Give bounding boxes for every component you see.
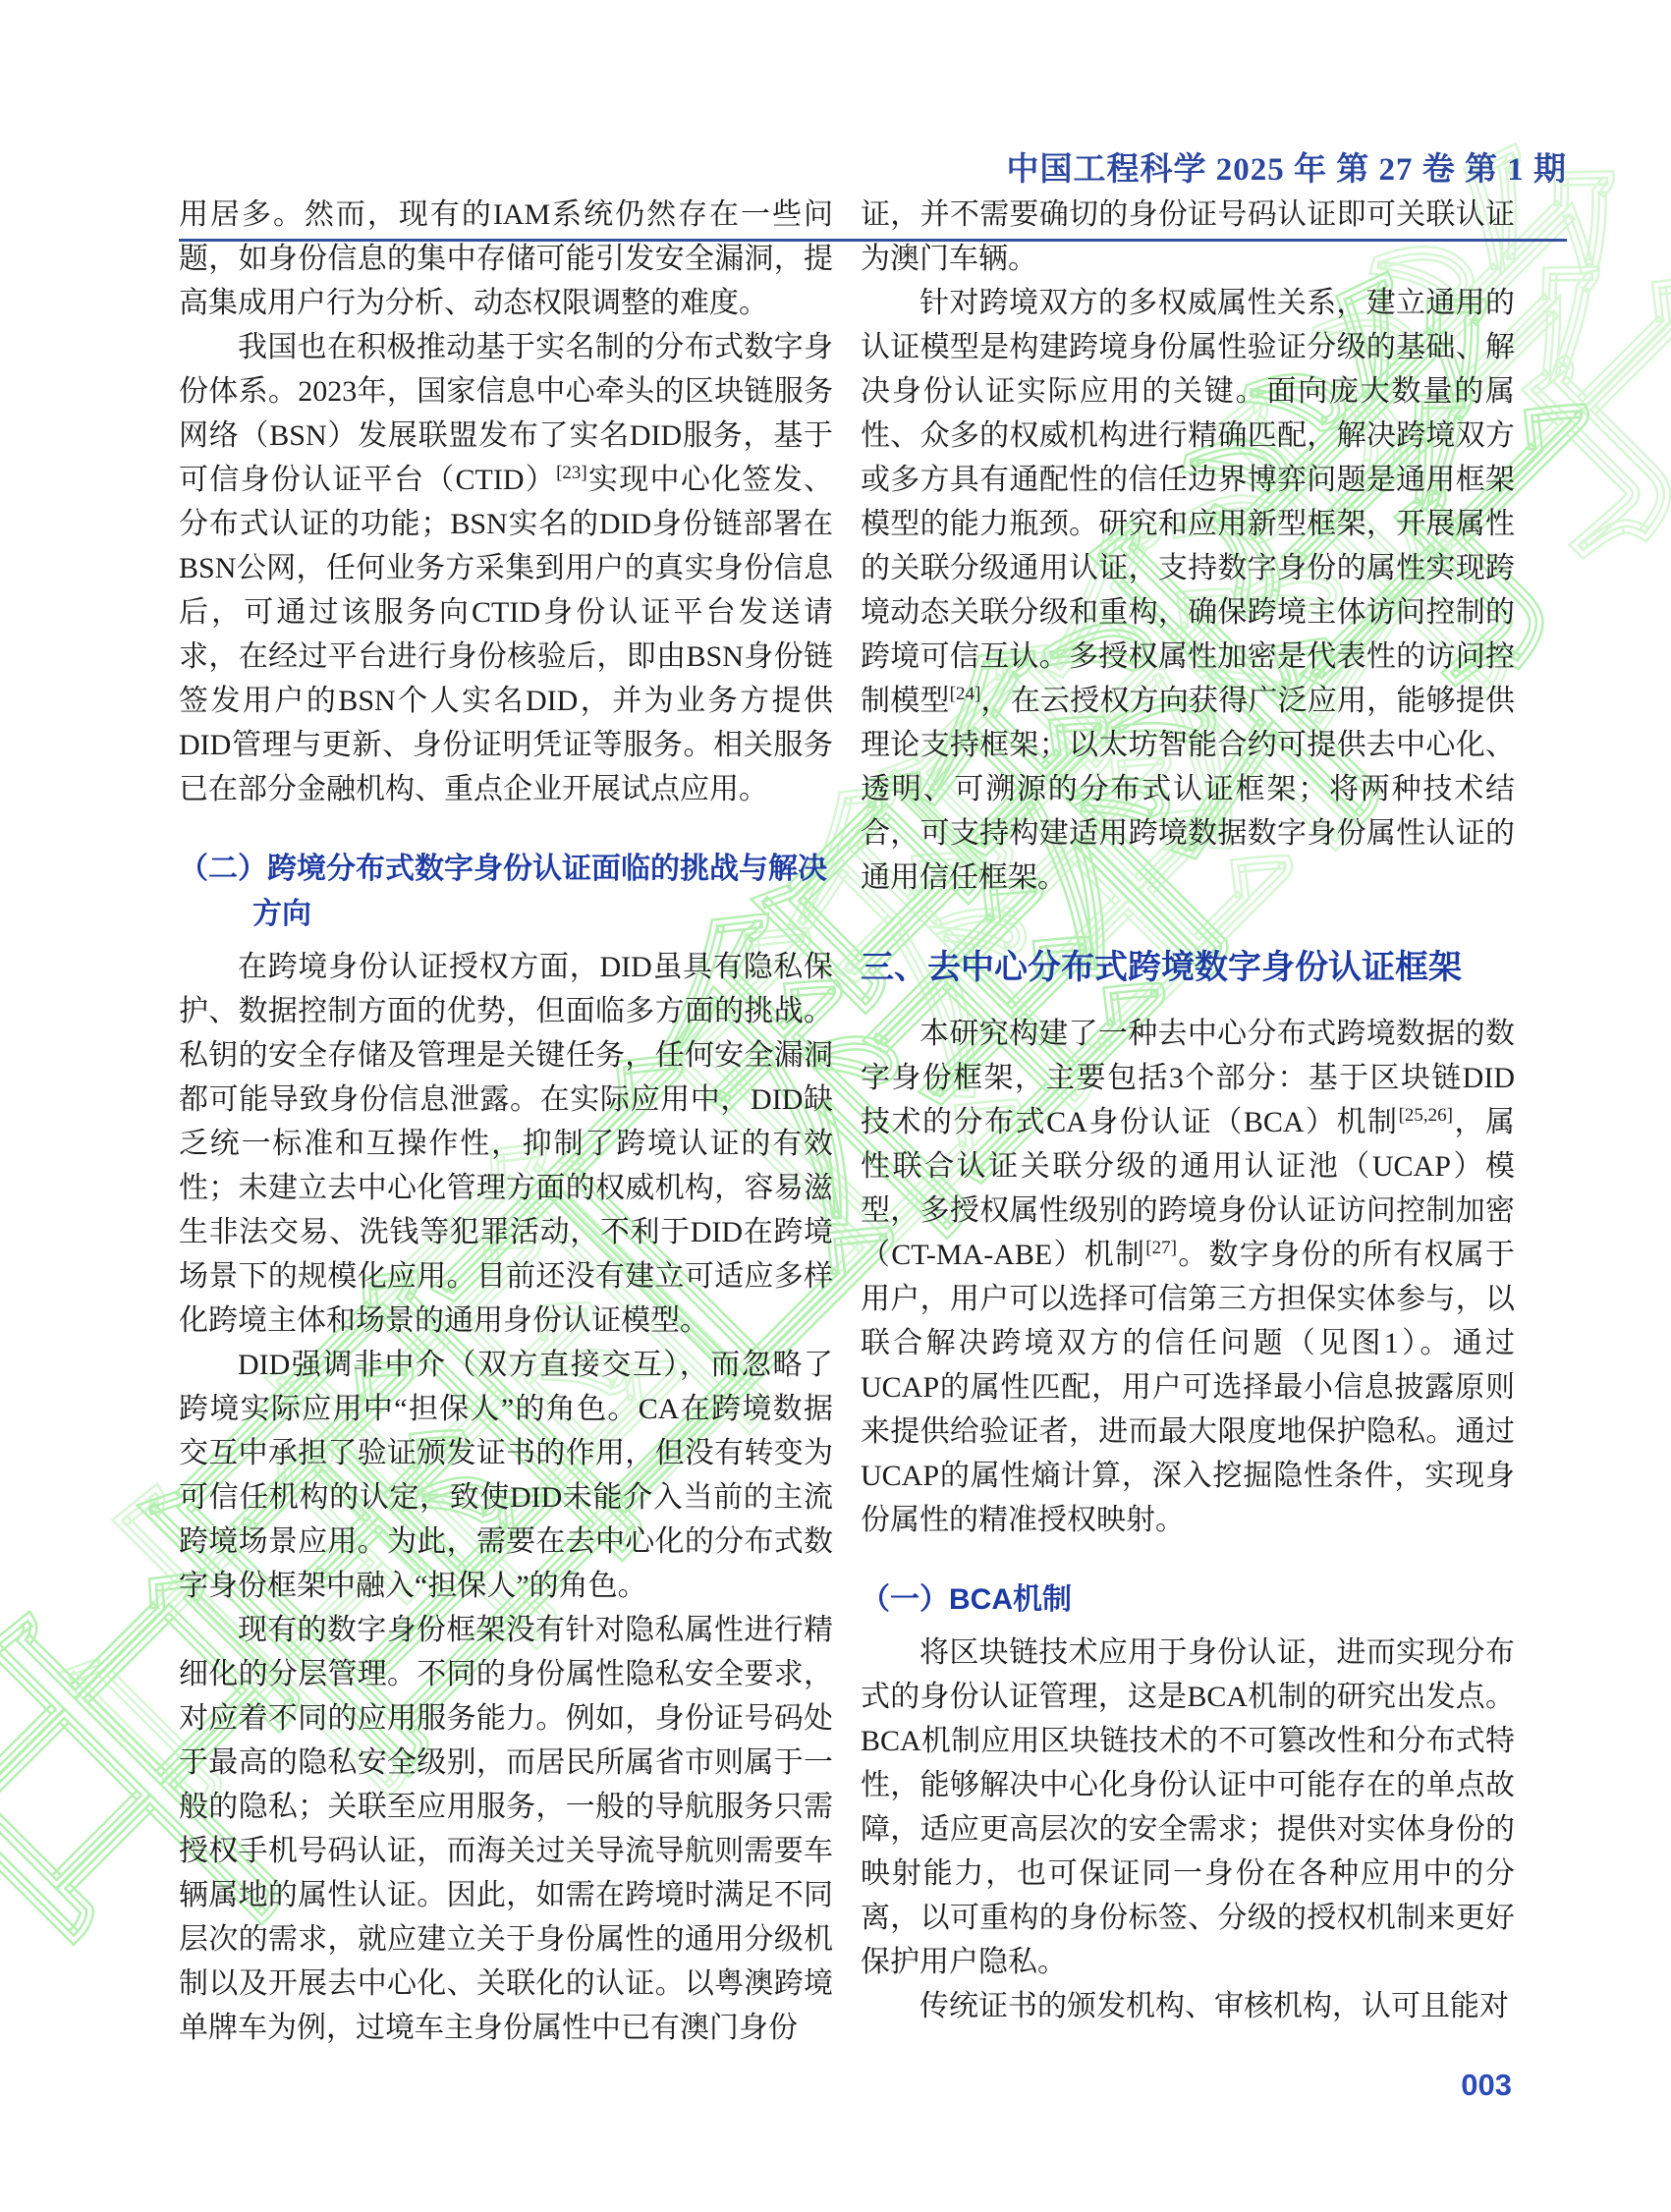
page-number: 003 [1461, 2068, 1512, 2103]
paragraph: 现有的数字身份框架没有针对隐私属性进行精细化的分层管理。不同的身份属性隐私安全要… [179, 1608, 833, 2050]
paragraph: 我国也在积极推动基于实名制的分布式数字身份体系。2023年，国家信息中心牵头的区… [179, 325, 833, 811]
right-column: 证，并不需要确切的身份证号码认证即可关联认证为澳门车辆。 针对跨境双方的多权威属… [861, 193, 1515, 2028]
paragraph: 将区块链技术应用于身份认证，进而实现分布式的身份认证管理，这是BCA机制的研究出… [861, 1631, 1515, 1984]
paragraph: 在跨境身份认证授权方面，DID虽具有隐私保护、数据控制方面的优势，但面临多方面的… [179, 945, 833, 1343]
section-heading-3: 三、去中心分布式跨境数字身份认证框架 [861, 945, 1515, 990]
section-heading-3-1: （一）BCA机制 [861, 1577, 1515, 1623]
journal-header: 中国工程科学 2025 年 第 27 卷 第 1 期 [1007, 143, 1568, 190]
paragraph: 本研究构建了一种去中心分布式跨境数据的数字身份框架，主要包括3个部分：基于区块链… [861, 1012, 1515, 1542]
paragraph-continued: 用居多。然而，现有的IAM系统仍然存在一些问题，如身份信息的集中存储可能引发安全… [179, 193, 833, 325]
left-column: 用居多。然而，现有的IAM系统仍然存在一些问题，如身份信息的集中存储可能引发安全… [179, 193, 833, 2050]
paragraph: 传统证书的颁发机构、审核机构，认可且能对 [861, 1984, 1515, 2028]
paragraph: DID强调非中介（双方直接交互），而忽略了跨境实际应用中“担保人”的角色。CA在… [179, 1343, 833, 1608]
section-heading-2-2: （二）跨境分布式数字身份认证面临的挑战与解决方向 [179, 847, 833, 937]
paragraph-continued: 证，并不需要确切的身份证号码认证即可关联认证为澳门车辆。 [861, 193, 1515, 281]
paragraph: 针对跨境双方的多权威属性关系，建立通用的认证模型是构建跨境身份属性验证分级的基础… [861, 281, 1515, 900]
journal-page: 中国工程科学 中国工程科学 中国工程科学 2025 年 第 27 卷 第 1 期… [0, 0, 1671, 2212]
header-rule [179, 239, 1567, 242]
